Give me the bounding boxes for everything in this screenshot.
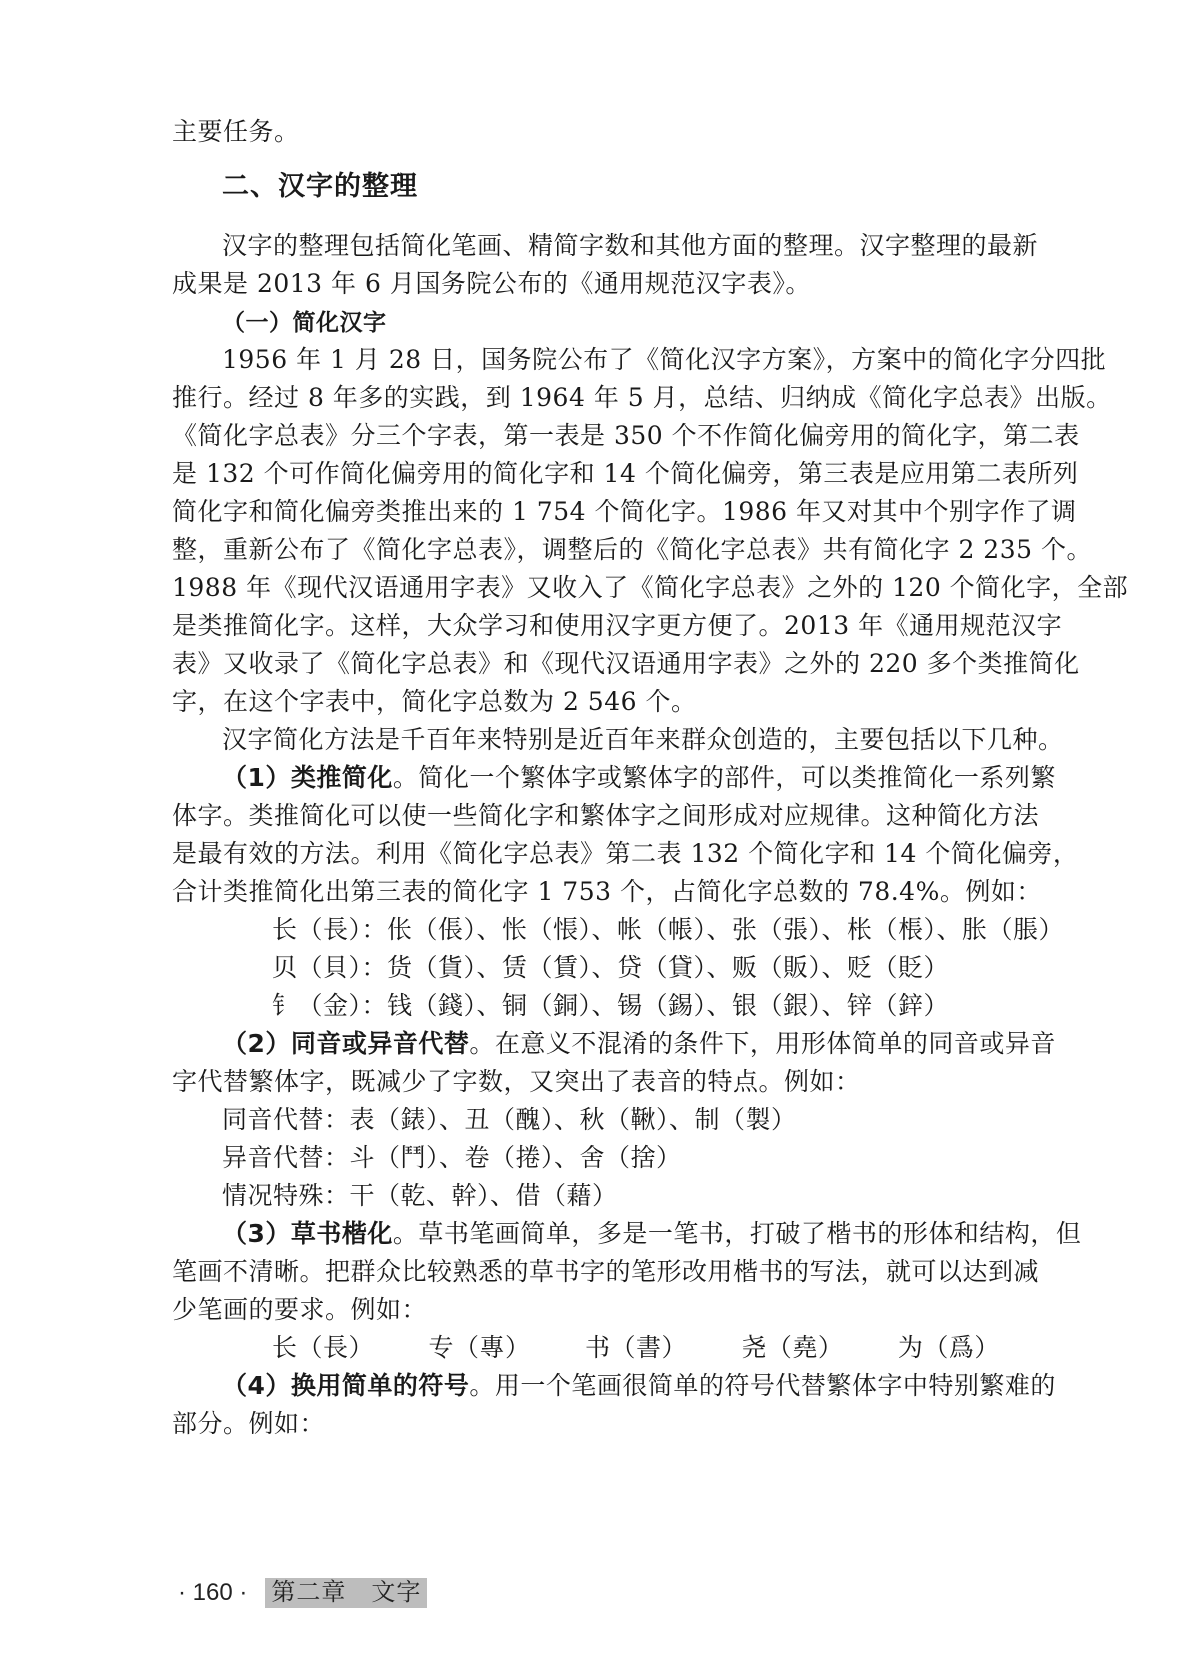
history-line: 《简化字总表》分三个字表，第一表是 350 个不作简化偏旁用的简化字，第二表 bbox=[172, 419, 1080, 453]
history-line: 整，重新公布了《简化字总表》，调整后的《简化字总表》共有简化字 2 235 个。 bbox=[172, 533, 1092, 567]
method-3-line: 少笔画的要求。例如： bbox=[172, 1293, 427, 1327]
example-line: 同音代替：表（錶）、丑（醜）、秋（鞦）、制（製） bbox=[222, 1103, 797, 1137]
example-line: 长（長）：伥（倀）、怅（悵）、帐（帳）、张（張）、枨（棖）、胀（脹） bbox=[272, 913, 1064, 947]
history-line: 是 132 个可作简化偏旁用的简化字和 14 个简化偏旁，第三表是应用第二表所列 bbox=[172, 457, 1078, 491]
method-2-title: （2）同音或异音代替 bbox=[222, 1029, 469, 1058]
intro-line-2: 成果是 2013 年 6 月国务院公布的《通用规范汉字表》。 bbox=[172, 267, 811, 301]
subsection-title: （一）简化汉字 bbox=[222, 306, 387, 340]
method-3-title: （3）草书楷化 bbox=[222, 1219, 393, 1248]
example-line: 异音代替：斗（鬥）、卷（捲）、舍（捨） bbox=[222, 1141, 682, 1175]
method-1-line: 体字。类推简化可以使一些简化字和繁体字之间形成对应规律。这种简化方法 bbox=[172, 799, 1039, 833]
intro-line-1: 汉字的整理包括简化笔画、精简字数和其他方面的整理。汉字整理的最新 bbox=[222, 229, 1038, 263]
example-item: 为（爲） bbox=[898, 1333, 1000, 1362]
method-4-line: 部分。例如： bbox=[172, 1407, 325, 1441]
page-footer: · 160 · 第二章 文字 bbox=[178, 1578, 427, 1608]
history-line: 1956 年 1 月 28 日，国务院公布了《简化汉字方案》，方案中的简化字分四… bbox=[222, 343, 1106, 377]
method-1-line: 合计类推简化出第三表的简化字 1 753 个，占简化字总数的 78.4%。例如： bbox=[172, 875, 1042, 909]
method-2-line: （2）同音或异音代替。在意义不混淆的条件下，用形体简单的同音或异音 bbox=[222, 1027, 1056, 1061]
page-number: · 160 · bbox=[178, 1579, 247, 1607]
method-1-title: （1）类推简化 bbox=[222, 763, 393, 792]
method-3-line: 笔画不清晰。把群众比较熟悉的草书字的笔形改用楷书的写法，就可以达到减 bbox=[172, 1255, 1039, 1289]
method-4-line: （4）换用简单的符号。用一个笔画很简单的符号代替繁体字中特别繁难的 bbox=[222, 1369, 1056, 1403]
example-item: 专（專） bbox=[428, 1333, 530, 1362]
history-line: 字，在这个字表中，简化字总数为 2 546 个。 bbox=[172, 685, 696, 719]
method-2-line: 字代替繁体字，既减少了字数，又突出了表音的特点。例如： bbox=[172, 1065, 861, 1099]
section-title: 二、汉字的整理 bbox=[222, 170, 418, 204]
history-line: 表》又收录了《简化字总表》和《现代汉语通用字表》之外的 220 多个类推简化 bbox=[172, 647, 1080, 681]
example-item: 长（長） bbox=[272, 1333, 374, 1362]
method-1-line: （1）类推简化。简化一个繁体字或繁体字的部件，可以类推简化一系列繁 bbox=[222, 761, 1056, 795]
example-line: 贝（貝）：货（貨）、赁（賃）、贷（貸）、贩（販）、贬（貶） bbox=[272, 951, 949, 985]
example-item: 书（書） bbox=[585, 1333, 687, 1362]
example-line: 情况特殊：干（乾、幹）、借（藉） bbox=[222, 1179, 618, 1213]
example-line: 钅（金）：钱（錢）、铜（銅）、锡（錫）、银（銀）、锌（鋅） bbox=[272, 989, 949, 1023]
history-line: 是类推简化字。这样，大众学习和使用汉字更方便了。2013 年《通用规范汉字 bbox=[172, 609, 1062, 643]
method-3-line: （3）草书楷化。草书笔画简单，多是一笔书，打破了楷书的形体和结构，但 bbox=[222, 1217, 1081, 1251]
history-line: 推行。经过 8 年多的实践，到 1964 年 5 月，总结、归纳成《简化字总表》… bbox=[172, 381, 1112, 415]
methods-intro: 汉字简化方法是千百年来特别是近百年来群众创造的，主要包括以下几种。 bbox=[222, 723, 1064, 757]
history-line: 1988 年《现代汉语通用字表》又收入了《简化字总表》之外的 120 个简化字，… bbox=[172, 571, 1128, 605]
chapter-label: 第二章 文字 bbox=[265, 1578, 427, 1608]
example-item: 尧（堯） bbox=[741, 1333, 843, 1362]
method-4-title: （4）换用简单的符号 bbox=[222, 1371, 469, 1400]
history-line: 简化字和简化偏旁类推出来的 1 754 个简化字。1986 年又对其中个别字作了… bbox=[172, 495, 1077, 529]
method-1-line: 是最有效的方法。利用《简化字总表》第二表 132 个简化字和 14 个简化偏旁， bbox=[172, 837, 1078, 871]
continuation-text: 主要任务。 bbox=[172, 115, 300, 149]
example-row: 长（長） 专（專） 书（書） 尧（堯） 为（爲） bbox=[272, 1331, 1000, 1365]
